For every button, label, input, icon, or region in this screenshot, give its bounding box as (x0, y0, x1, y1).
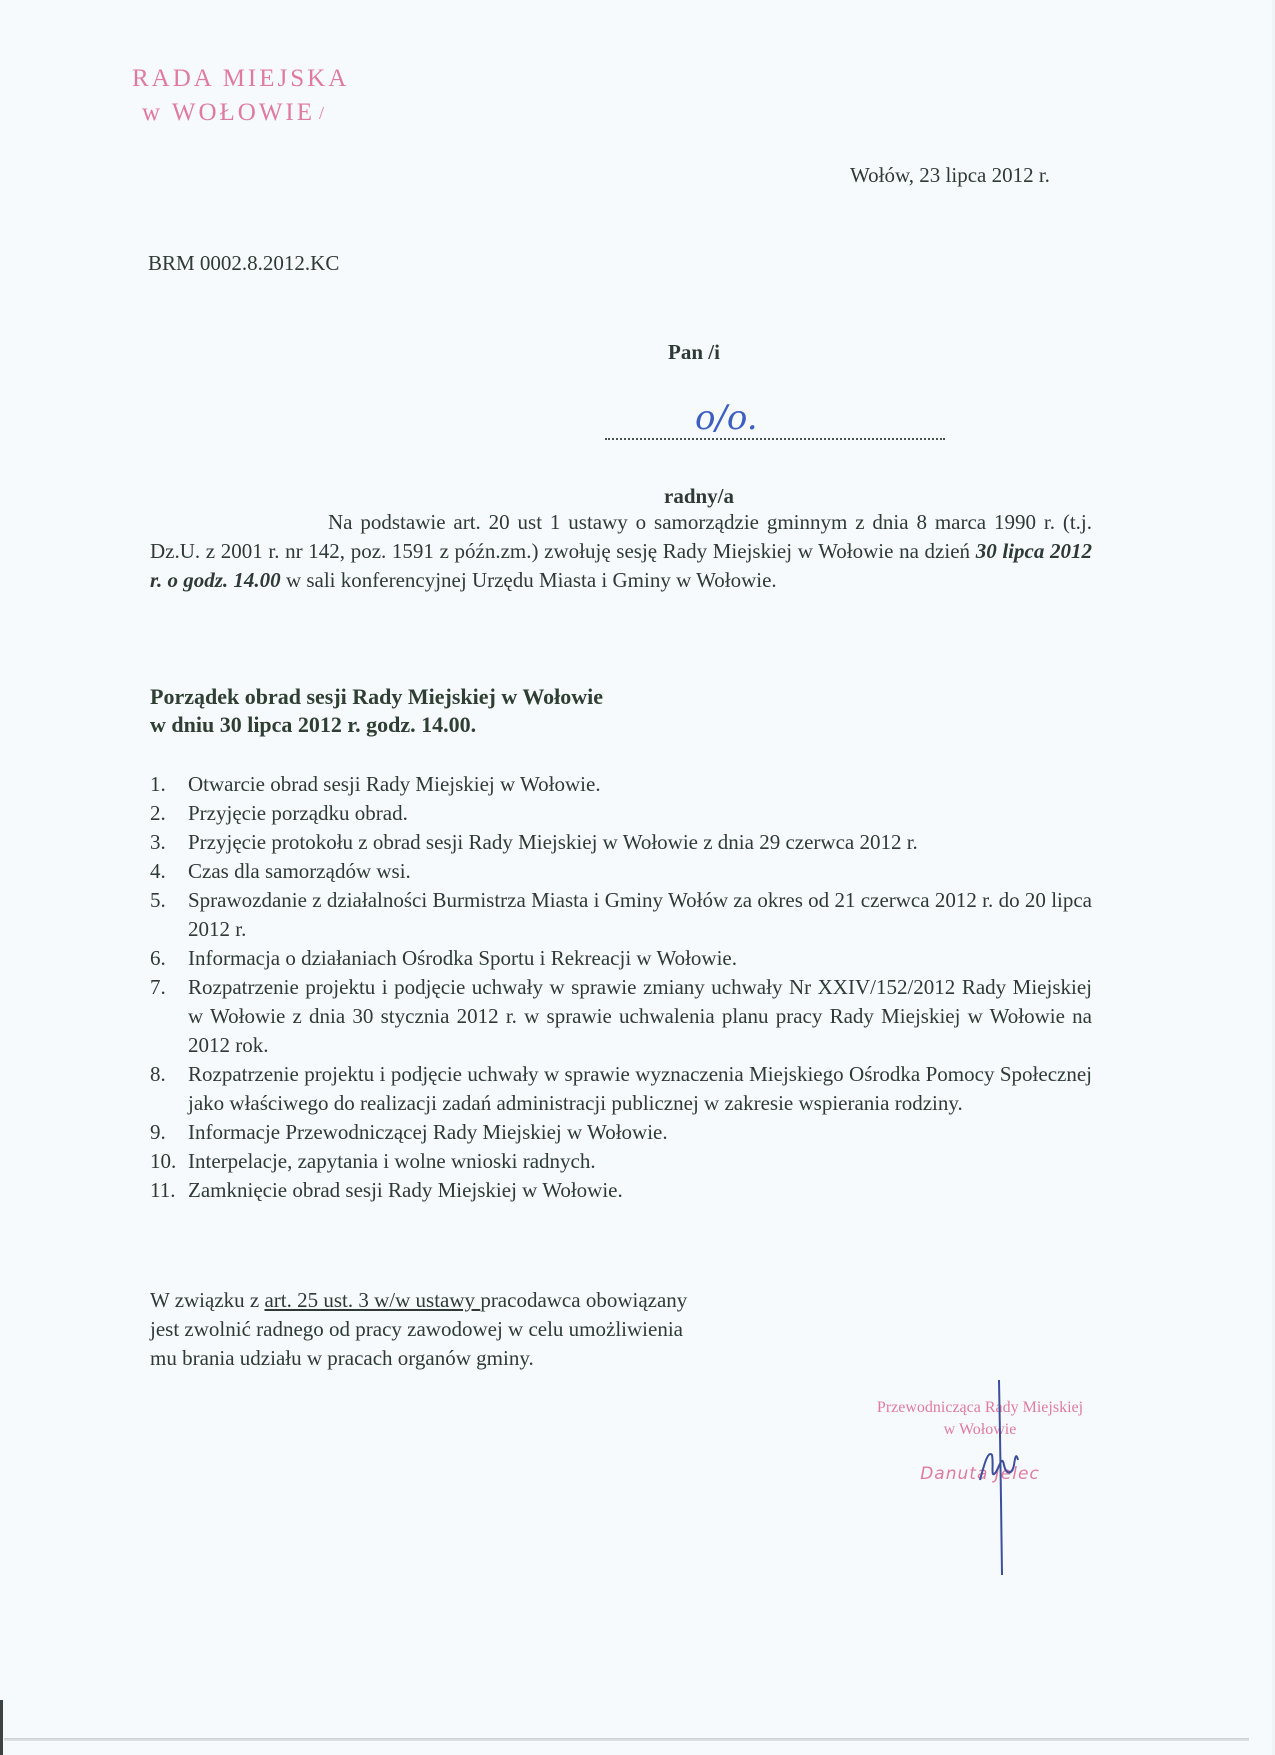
agenda-item-text: Rozpatrzenie projektu i podjęcie uchwały… (188, 973, 1092, 1060)
agenda-item: 1.Otwarcie obrad sesji Rady Miejskiej w … (150, 770, 1092, 799)
stamp-line-1: RADA MIEJSKA (132, 62, 349, 96)
intro-paragraph: Na podstawie art. 20 ust 1 ustawy o samo… (150, 508, 1092, 595)
stamp-line-2: w WOŁOWIE/ (132, 96, 349, 130)
agenda-item-text: Przyjęcie porządku obrad. (188, 799, 1092, 828)
addressee-dotted-line (605, 432, 945, 440)
agenda-item: 5.Sprawozdanie z działalności Burmistrza… (150, 886, 1092, 944)
agenda-item-text: Otwarcie obrad sesji Rady Miejskiej w Wo… (188, 770, 1092, 799)
agenda-item-text: Sprawozdanie z działalności Burmistrza M… (188, 886, 1092, 944)
agenda-item-number: 3. (150, 828, 188, 857)
agenda-item: 9.Informacje Przewodniczącej Rady Miejsk… (150, 1118, 1092, 1147)
agenda-item-number: 11. (150, 1176, 188, 1205)
legal-reference: art. 25 ust. 3 w/w ustawy (264, 1288, 480, 1312)
agenda-item: 8.Rozpatrzenie projektu i podjęcie uchwa… (150, 1060, 1092, 1118)
agenda-item-text: Czas dla samorządów wsi. (188, 857, 1092, 886)
agenda-item-text: Informacja o działaniach Ośrodka Sportu … (188, 944, 1092, 973)
agenda-item: 7.Rozpatrzenie projektu i podjęcie uchwa… (150, 973, 1092, 1060)
agenda-item-number: 4. (150, 857, 188, 886)
council-stamp: RADA MIEJSKA w WOŁOWIE/ (132, 62, 349, 130)
agenda-item-number: 9. (150, 1118, 188, 1147)
agenda-title: Porządek obrad sesji Rady Miejskiej w Wo… (150, 683, 603, 739)
stamp-mark: / (319, 103, 327, 123)
agenda-item: 2.Przyjęcie porządku obrad. (150, 799, 1092, 828)
agenda-item: 10.Interpelacje, zapytania i wolne wnios… (150, 1147, 1092, 1176)
page-edge-left (0, 1700, 3, 1755)
agenda-list: 1.Otwarcie obrad sesji Rady Miejskiej w … (150, 770, 1092, 1205)
letter-date: Wołów, 23 lipca 2012 r. (850, 163, 1050, 188)
agenda-item-text: Przyjęcie protokołu z obrad sesji Rady M… (188, 828, 1092, 857)
agenda-item-text: Rozpatrzenie projektu i podjęcie uchwały… (188, 1060, 1092, 1118)
agenda-item: 3.Przyjęcie protokołu z obrad sesji Rady… (150, 828, 1092, 857)
agenda-item-number: 2. (150, 799, 188, 828)
agenda-item-number: 5. (150, 886, 188, 944)
addressee-title: Pan /i (668, 340, 720, 365)
agenda-item: 11.Zamknięcie obrad sesji Rady Miejskiej… (150, 1176, 1092, 1205)
agenda-item-text: Interpelacje, zapytania i wolne wnioski … (188, 1147, 1092, 1176)
addressee-role: radny/a (664, 484, 734, 509)
page-edge-bottom (4, 1738, 1249, 1741)
agenda-item: 6.Informacja o działaniach Ośrodka Sport… (150, 944, 1092, 973)
employer-note: W związku z art. 25 ust. 3 w/w ustawy pr… (150, 1286, 710, 1373)
agenda-item-text: Zamknięcie obrad sesji Rady Miejskiej w … (188, 1176, 1092, 1205)
agenda-item-number: 6. (150, 944, 188, 973)
agenda-item-number: 8. (150, 1060, 188, 1118)
agenda-item-number: 7. (150, 973, 188, 1060)
agenda-item-number: 10. (150, 1147, 188, 1176)
handwritten-signature (960, 1380, 1040, 1575)
agenda-item-number: 1. (150, 770, 188, 799)
reference-number: BRM 0002.8.2012.KC (148, 251, 339, 276)
agenda-item-text: Informacje Przewodniczącej Rady Miejskie… (188, 1118, 1092, 1147)
agenda-item: 4.Czas dla samorządów wsi. (150, 857, 1092, 886)
